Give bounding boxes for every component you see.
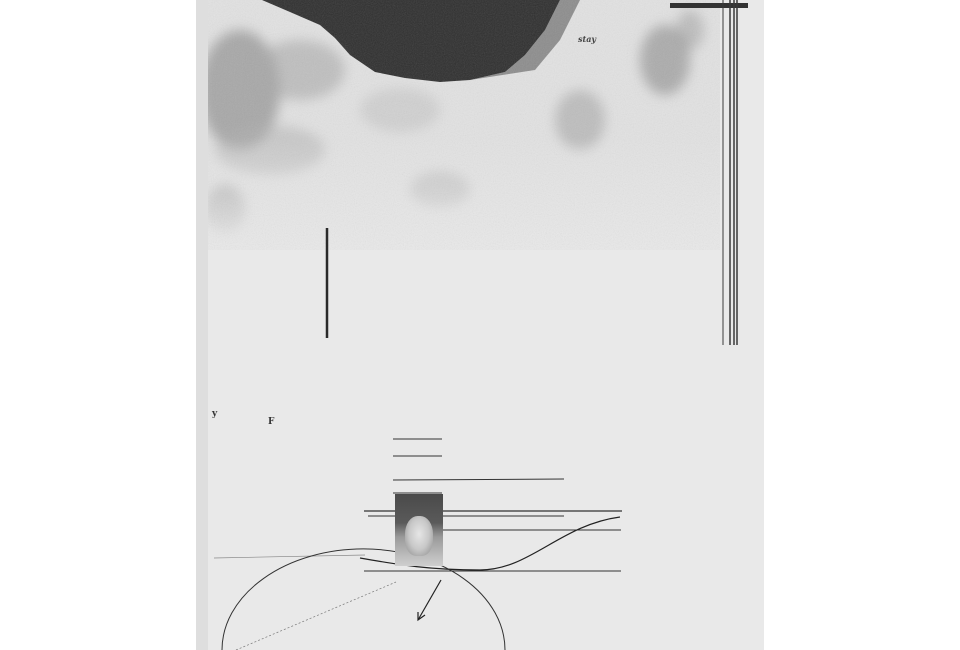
collage-artwork xyxy=(0,0,960,650)
dotted-diagonal xyxy=(236,582,396,650)
arrow-icon xyxy=(418,580,441,620)
circle-arc xyxy=(222,549,505,650)
portrait-face xyxy=(405,516,433,556)
right-vertical-rules xyxy=(723,0,737,345)
text-y: y xyxy=(212,409,217,419)
portrait-photo xyxy=(395,494,443,566)
text-f: F xyxy=(268,417,274,427)
text-stay: stay xyxy=(578,34,596,44)
